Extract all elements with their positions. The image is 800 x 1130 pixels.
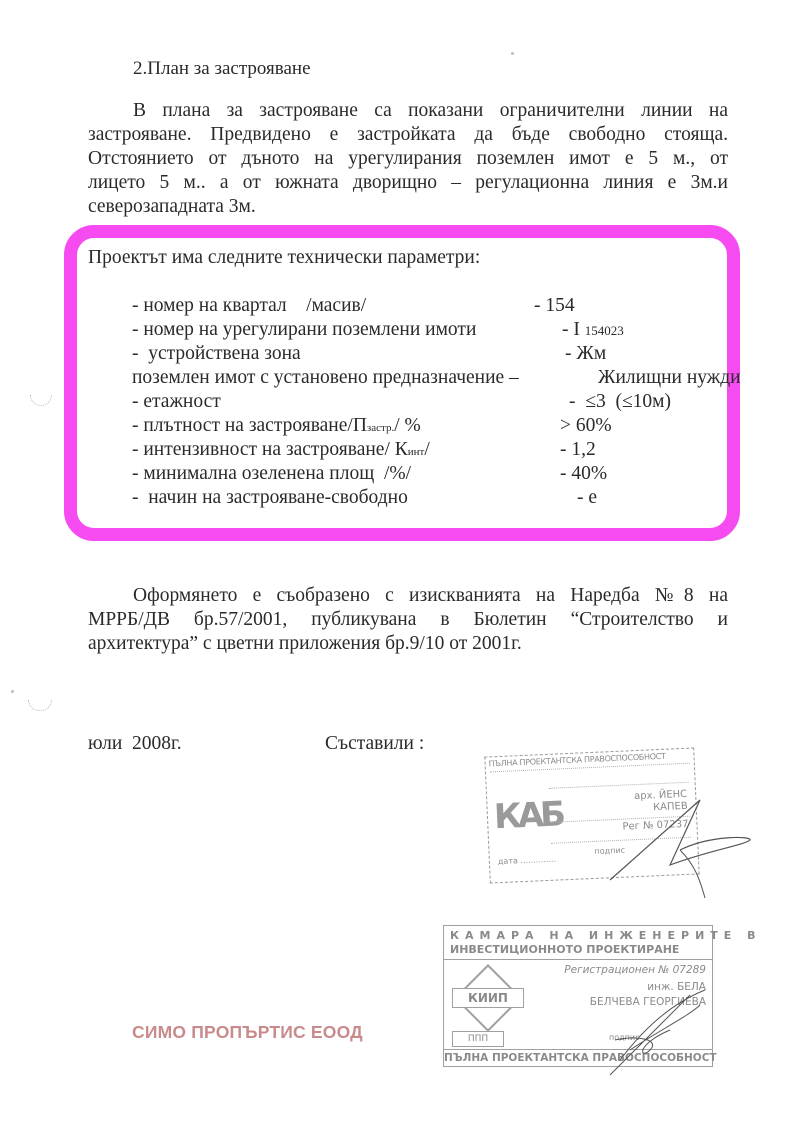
- stamp-date-label: дата ..............: [498, 855, 556, 867]
- document-date: юли 2008г.: [88, 733, 182, 755]
- paragraph-line: Оформянето е съобразено с изискванията н…: [88, 584, 728, 608]
- engineer-stamp: КАМАРА НА ИНЖЕНЕРИТЕ В ИНВЕСТИЦИОННОТО П…: [443, 925, 713, 1067]
- parameter-label: - номер на квартал /масив/: [132, 294, 366, 318]
- architect-stamp: ПЪЛНА ПРОЕКТАНТСКА ПРАВОСПОСОБНОСТ КАБ а…: [484, 747, 699, 883]
- company-watermark: СИМО ПРОПЪРТИС ЕООД: [132, 1022, 363, 1043]
- stamp-name: КАПЕВ: [653, 801, 688, 814]
- parameter-label-subscript: инт: [408, 446, 425, 458]
- paragraph-regulation: Оформянето е съобразено с изискванията н…: [88, 584, 728, 656]
- stamp-name: инж. БЕЛА: [647, 981, 706, 993]
- parameter-value-prefix: - I: [562, 319, 580, 340]
- parameter-value: > 60%: [560, 414, 612, 438]
- parameter-value: - 154: [534, 294, 575, 318]
- scan-artifact: [30, 395, 52, 406]
- paragraph-line: В плана за застрояване са показани огран…: [88, 99, 728, 123]
- paragraph-building-lines: В плана за застрояване са показани огран…: [88, 99, 728, 219]
- stamp-signature-label: подпис: [609, 1033, 639, 1042]
- scan-artifact: [11, 690, 14, 693]
- paragraph-line: МРРБ/ДВ бр.57/2001, публикувана в Бюлети…: [88, 608, 728, 632]
- compiled-by-label: Съставили :: [325, 733, 424, 755]
- parameter-value: - 1,2: [560, 438, 596, 462]
- parameter-label: - интензивност на застрояване/ Кинт/: [132, 438, 430, 464]
- paragraph-line: застрояване. Предвидено е застройката да…: [88, 123, 728, 147]
- parameter-label: - устройствена зона: [132, 342, 301, 366]
- stamp-reg-number: Рег № 07237: [622, 819, 688, 833]
- parameter-label: поземлен имот с установено предназначени…: [132, 366, 519, 390]
- stamp-header: ИНВЕСТИЦИОННОТО ПРОЕКТИРАНЕ: [450, 943, 679, 956]
- stamp-name: БЕЛЧЕВА ГЕОРГИЕВА: [590, 996, 706, 1008]
- parameter-label: - плътност на застрояване/Пзастр./ %: [132, 414, 421, 440]
- stamp-signature-label: подпис: [594, 846, 625, 856]
- parameter-label-text: - плътност на застрояване/П: [132, 415, 367, 436]
- parameter-label: - минимална озеленена площ /%/: [132, 462, 411, 486]
- parameter-value-number: 154023: [585, 323, 624, 338]
- parameter-value: - 40%: [560, 462, 607, 486]
- parameter-label-subscript: застр.: [367, 422, 394, 434]
- stamp-registration: Регистрационен № 07289: [564, 964, 706, 976]
- scan-artifact: [511, 52, 514, 55]
- parameter-value: - ≤3 (≤10м): [569, 390, 671, 414]
- scan-artifact: [28, 700, 52, 711]
- stamp-footer: ПЪЛНА ПРОЕКТАНТСКА ПРАВОСПОСОБНОСТ: [444, 1049, 712, 1066]
- parameter-label-suffix: / %: [394, 415, 421, 436]
- paragraph-line: архитектура” с цветни приложения бр.9/10…: [88, 632, 728, 656]
- paragraph-line: северозападната 3м.: [88, 195, 728, 219]
- parameter-label: - номер на урегулирани поземлени имоти: [132, 318, 476, 342]
- paragraph-line: Отстоянието от дъното на урегулирания по…: [88, 147, 728, 171]
- stamp-header: КАМАРА НА ИНЖЕНЕРИТЕ В: [450, 929, 762, 942]
- parameter-value: Жилищни нужди: [598, 366, 741, 390]
- parameter-value: - I 154023: [562, 318, 624, 343]
- kiip-logo: КИИП: [452, 988, 524, 1008]
- stamp-ppp: ППП: [452, 1031, 504, 1047]
- parameter-label: - етажност: [132, 390, 221, 414]
- stamp-top-text: ПЪЛНА ПРОЕКТАНТСКА ПРАВОСПОСОБНОСТ: [488, 752, 665, 769]
- kab-logo-icon: КАБ: [493, 785, 546, 847]
- paragraph-line: лицето 5 м.. а от южната дворищно – регу…: [88, 171, 728, 195]
- parameter-value: - Жм: [565, 342, 606, 366]
- section-heading: 2.План за застрояване: [133, 58, 311, 80]
- parameter-value: - е: [577, 486, 597, 510]
- parameter-label: - начин на застрояване-свободно: [132, 486, 408, 510]
- parameter-label-text: - интензивност на застрояване/ К: [132, 439, 408, 460]
- parameters-title: Проектът има следните технически парамет…: [88, 247, 480, 269]
- parameter-label-suffix: /: [424, 439, 429, 460]
